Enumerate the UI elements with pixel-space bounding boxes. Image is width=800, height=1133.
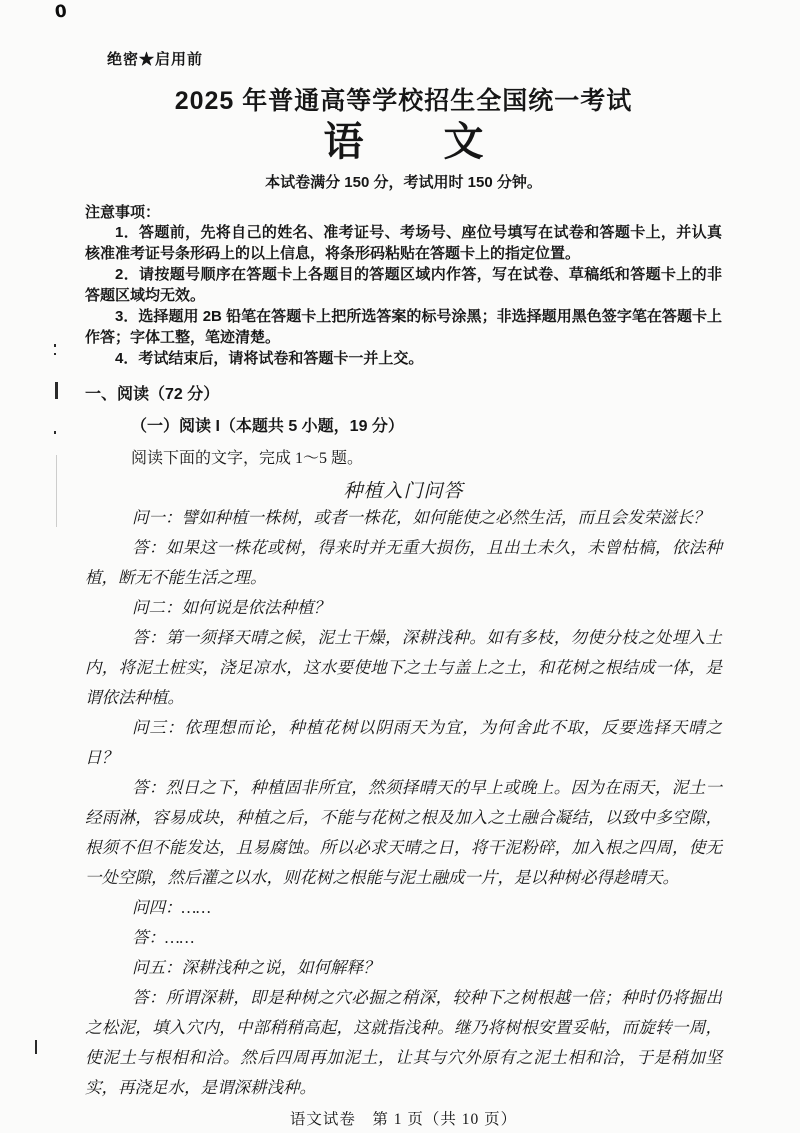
page-content: 绝密★启用前 2025 年普通高等学校招生全国统一考试 语 文 本试卷满分 15…	[0, 0, 800, 1129]
scan-artifact	[54, 344, 56, 347]
passage-paragraph: 问四：……	[85, 893, 722, 923]
exam-paper-page: 0 绝密★启用前 2025 年普通高等学校招生全国统一考试 语 文 本试卷满分 …	[0, 0, 800, 1133]
subsection-heading: （一）阅读 I（本题共 5 小题，19 分）	[131, 413, 722, 436]
handwritten-mark: 0	[54, 1, 68, 22]
notice-item: 4．考试结束后，请将试卷和答题卡一并上交。	[85, 348, 722, 369]
passage-paragraph: 答：第一须择天晴之候，泥土干燥，深耕浅种。如有多枝，勿使分枝之处埋入土内，将泥土…	[85, 623, 722, 713]
classification-label: 绝密★启用前	[107, 48, 722, 69]
notice-section: 注意事项： 1．答题前，先将自己的姓名、准考证号、考场号、座位号填写在试卷和答题…	[85, 201, 722, 369]
section-heading: 一、阅读（72 分）	[85, 381, 722, 404]
passage-title: 种植入门问答	[85, 476, 722, 503]
notice-item: 1．答题前，先将自己的姓名、准考证号、考场号、座位号填写在试卷和答题卡上，并认真…	[85, 222, 722, 264]
passage-paragraph: 答：所谓深耕，即是种树之穴必掘之稍深，较种下之树根越一倍；种时仍将掘出之松泥，填…	[85, 983, 722, 1103]
scan-artifact	[54, 353, 56, 355]
exam-info-line: 本试卷满分 150 分，考试用时 150 分钟。	[85, 171, 722, 192]
passage-paragraph: 答：如果这一株花或树，得来时并无重大损伤，且出土未久，未曾枯槁，依法种植，断无不…	[85, 533, 722, 593]
subject-title: 语 文	[85, 119, 722, 165]
passage-paragraph: 答：……	[85, 923, 722, 953]
passage-paragraph: 问二：如何说是依法种植？	[85, 593, 722, 623]
passage-paragraph: 问一：譬如种植一株树，或者一株花，如何能使之必然生活，而且会发荣滋长？	[85, 503, 722, 533]
scan-artifact	[35, 1040, 37, 1054]
scan-artifact	[54, 431, 56, 434]
scan-artifact	[55, 382, 58, 399]
reading-passage: 种植入门问答 问一：譬如种植一株树，或者一株花，如何能使之必然生活，而且会发荣滋…	[85, 476, 722, 1103]
passage-paragraph: 问三：依理想而论，种植花树以阴雨天为宜，为何舍此不取，反要选择天晴之日？	[85, 713, 722, 773]
passage-paragraph: 答：烈日之下，种植固非所宜，然须择晴天的早上或晚上。因为在雨天，泥土一经雨淋，容…	[85, 773, 722, 893]
passage-paragraph: 问五：深耕浅种之说，如何解释？	[85, 953, 722, 983]
notice-heading: 注意事项：	[85, 201, 722, 222]
notice-item: 2．请按题号顺序在答题卡上各题目的答题区域内作答，写在试卷、草稿纸和答题卡上的非…	[85, 264, 722, 306]
exam-title: 2025 年普通高等学校招生全国统一考试	[85, 81, 722, 117]
page-footer: 语文试卷 第 1 页（共 10 页）	[85, 1107, 722, 1129]
scan-artifact	[56, 455, 57, 527]
reading-instruction: 阅读下面的文字，完成 1～5 题。	[131, 445, 722, 468]
notice-item: 3．选择题用 2B 铅笔在答题卡上把所选答案的标号涂黑；非选择题用黑色签字笔在答…	[85, 306, 722, 348]
